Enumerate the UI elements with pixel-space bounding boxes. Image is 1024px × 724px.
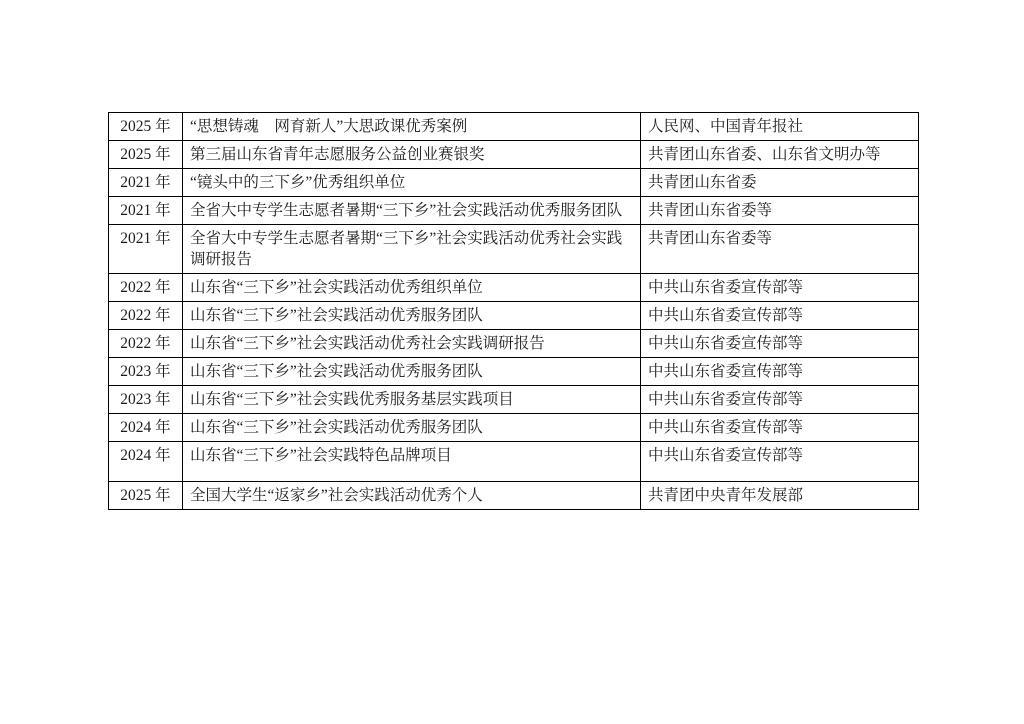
org-cell: 中共山东省委宣传部等 bbox=[641, 358, 919, 386]
year-cell: 2025 年 bbox=[109, 113, 183, 141]
org-cell: 中共山东省委宣传部等 bbox=[641, 386, 919, 414]
org-cell: 共青团中央青年发展部 bbox=[641, 482, 919, 510]
table-row: 2022 年山东省“三下乡”社会实践活动优秀服务团队中共山东省委宣传部等 bbox=[109, 302, 919, 330]
table-row: 2023 年山东省“三下乡”社会实践活动优秀服务团队中共山东省委宣传部等 bbox=[109, 358, 919, 386]
award-cell: 山东省“三下乡”社会实践优秀服务基层实践项目 bbox=[183, 386, 641, 414]
org-cell: 中共山东省委宣传部等 bbox=[641, 414, 919, 442]
year-cell: 2024 年 bbox=[109, 442, 183, 482]
org-cell: 中共山东省委宣传部等 bbox=[641, 274, 919, 302]
award-cell: 山东省“三下乡”社会实践活动优秀社会实践调研报告 bbox=[183, 330, 641, 358]
table-row: 2024 年山东省“三下乡”社会实践特色品牌项目中共山东省委宣传部等 bbox=[109, 442, 919, 482]
table-row: 2025 年全国大学生“返家乡”社会实践活动优秀个人共青团中央青年发展部 bbox=[109, 482, 919, 510]
org-cell: 中共山东省委宣传部等 bbox=[641, 330, 919, 358]
award-cell: 全国大学生“返家乡”社会实践活动优秀个人 bbox=[183, 482, 641, 510]
table-row: 2023 年山东省“三下乡”社会实践优秀服务基层实践项目中共山东省委宣传部等 bbox=[109, 386, 919, 414]
table-row: 2024 年山东省“三下乡”社会实践活动优秀服务团队中共山东省委宣传部等 bbox=[109, 414, 919, 442]
award-cell: 全省大中专学生志愿者暑期“三下乡”社会实践活动优秀社会实践调研报告 bbox=[183, 225, 641, 274]
year-cell: 2023 年 bbox=[109, 358, 183, 386]
awards-table-body: 2025 年“思想铸魂 网育新人”大思政课优秀案例人民网、中国青年报社2025 … bbox=[109, 113, 919, 510]
year-cell: 2025 年 bbox=[109, 141, 183, 169]
table-row: 2021 年全省大中专学生志愿者暑期“三下乡”社会实践活动优秀社会实践调研报告共… bbox=[109, 225, 919, 274]
org-cell: 共青团山东省委等 bbox=[641, 225, 919, 274]
year-cell: 2022 年 bbox=[109, 302, 183, 330]
award-cell: 山东省“三下乡”社会实践活动优秀组织单位 bbox=[183, 274, 641, 302]
award-cell: 山东省“三下乡”社会实践活动优秀服务团队 bbox=[183, 358, 641, 386]
year-cell: 2025 年 bbox=[109, 482, 183, 510]
awards-table: 2025 年“思想铸魂 网育新人”大思政课优秀案例人民网、中国青年报社2025 … bbox=[108, 112, 919, 510]
award-cell: “思想铸魂 网育新人”大思政课优秀案例 bbox=[183, 113, 641, 141]
table-row: 2021 年全省大中专学生志愿者暑期“三下乡”社会实践活动优秀服务团队共青团山东… bbox=[109, 197, 919, 225]
document-page: 2025 年“思想铸魂 网育新人”大思政课优秀案例人民网、中国青年报社2025 … bbox=[0, 0, 1024, 724]
award-cell: 山东省“三下乡”社会实践特色品牌项目 bbox=[183, 442, 641, 482]
org-cell: 共青团山东省委、山东省文明办等 bbox=[641, 141, 919, 169]
year-cell: 2023 年 bbox=[109, 386, 183, 414]
award-cell: “镜头中的三下乡”优秀组织单位 bbox=[183, 169, 641, 197]
table-row: 2025 年第三届山东省青年志愿服务公益创业赛银奖共青团山东省委、山东省文明办等 bbox=[109, 141, 919, 169]
table-row: 2022 年山东省“三下乡”社会实践活动优秀组织单位中共山东省委宣传部等 bbox=[109, 274, 919, 302]
award-cell: 山东省“三下乡”社会实践活动优秀服务团队 bbox=[183, 302, 641, 330]
year-cell: 2022 年 bbox=[109, 274, 183, 302]
org-cell: 共青团山东省委等 bbox=[641, 197, 919, 225]
org-cell: 共青团山东省委 bbox=[641, 169, 919, 197]
award-cell: 山东省“三下乡”社会实践活动优秀服务团队 bbox=[183, 414, 641, 442]
year-cell: 2021 年 bbox=[109, 169, 183, 197]
award-cell: 全省大中专学生志愿者暑期“三下乡”社会实践活动优秀服务团队 bbox=[183, 197, 641, 225]
year-cell: 2024 年 bbox=[109, 414, 183, 442]
table-row: 2021 年“镜头中的三下乡”优秀组织单位共青团山东省委 bbox=[109, 169, 919, 197]
table-row: 2025 年“思想铸魂 网育新人”大思政课优秀案例人民网、中国青年报社 bbox=[109, 113, 919, 141]
org-cell: 中共山东省委宣传部等 bbox=[641, 442, 919, 482]
year-cell: 2021 年 bbox=[109, 225, 183, 274]
year-cell: 2022 年 bbox=[109, 330, 183, 358]
org-cell: 中共山东省委宣传部等 bbox=[641, 302, 919, 330]
award-cell: 第三届山东省青年志愿服务公益创业赛银奖 bbox=[183, 141, 641, 169]
year-cell: 2021 年 bbox=[109, 197, 183, 225]
table-row: 2022 年山东省“三下乡”社会实践活动优秀社会实践调研报告中共山东省委宣传部等 bbox=[109, 330, 919, 358]
org-cell: 人民网、中国青年报社 bbox=[641, 113, 919, 141]
